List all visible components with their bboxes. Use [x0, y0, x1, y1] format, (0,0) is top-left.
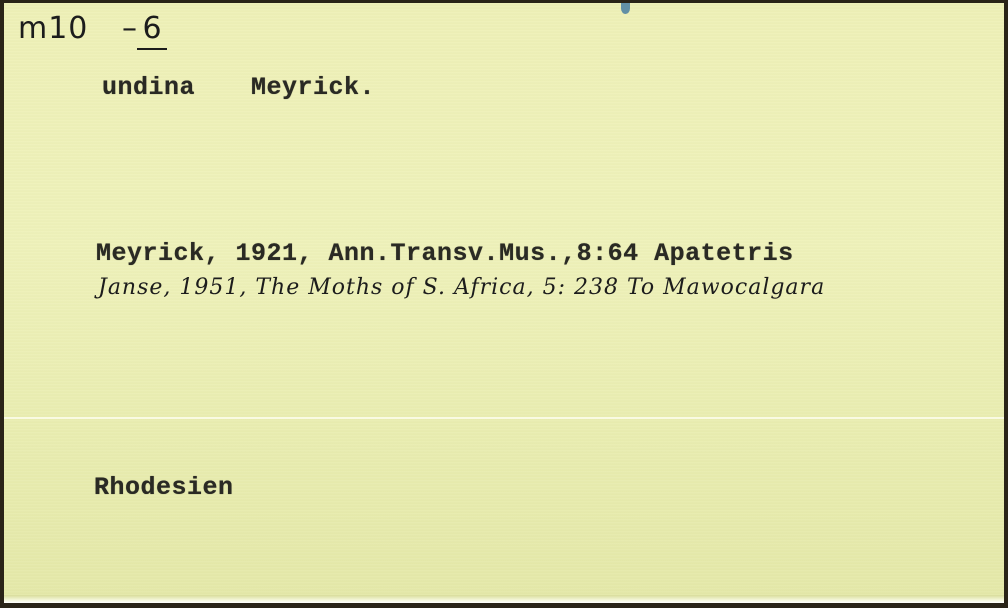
original-reference: Meyrick, 1921, Ann.Transv.Mus.,8:64 Apat…: [96, 239, 794, 268]
card-crease: [4, 417, 1004, 419]
catalog-sub-code: –6: [122, 11, 167, 50]
ink-mark: [621, 3, 630, 14]
taxon-author: Meyrick.: [251, 73, 375, 102]
locality: Rhodesien: [94, 473, 234, 502]
taxon-name: undina: [102, 73, 195, 102]
handwritten-reference: Janse, 1951, The Moths of S. Africa, 5: …: [98, 275, 825, 300]
catalog-code: m10: [18, 11, 88, 46]
card-bottom-edge: [4, 595, 1004, 603]
catalog-sub-number: 6: [137, 11, 167, 50]
index-card: m10 –6 undina Meyrick. Meyrick, 1921, An…: [4, 3, 1004, 603]
